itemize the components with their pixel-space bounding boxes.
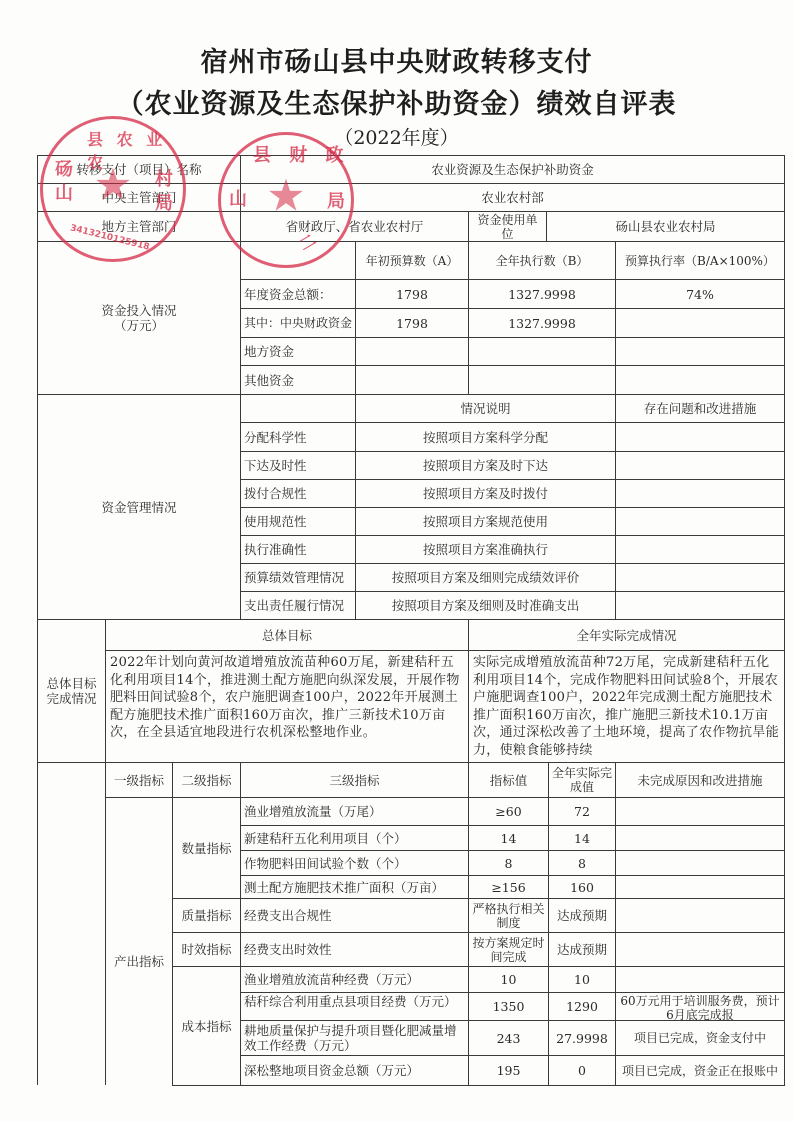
management-row-desc: 按照项目方案科学分配	[355, 422, 616, 452]
funds-row-budget: 1798	[355, 308, 469, 338]
funds-section-label: 资金投入情况 （万元）	[37, 241, 241, 395]
funds-row-rate	[615, 308, 785, 338]
indicator-row-target: 14	[468, 825, 549, 851]
indicator-row-name: 深松整地项目资金总额（万元）	[240, 1055, 469, 1086]
indicator-row-name: 作物肥料田间试验个数（个）	[240, 850, 469, 876]
management-row-desc: 按照项目方案及时下达	[355, 451, 616, 480]
funds-header-blank	[240, 241, 356, 280]
indicator-level2-timeliness: 时效指标	[172, 932, 241, 967]
indicator-row-actual: 达成预期	[548, 932, 616, 967]
goals-target-text: 2022年计划向黄河故道增殖放流苗种60万尾，新建秸秆五化利用项目14个，推进测…	[105, 650, 469, 763]
indicator-level2-cost: 成本指标	[172, 966, 241, 1086]
document-title-line1: 宿州市砀山县中央财政转移支付	[0, 40, 793, 79]
management-section-label: 资金管理情况	[37, 394, 241, 620]
funds-row-label: 其他资金	[240, 365, 356, 395]
management-row-issue	[615, 422, 785, 452]
funds-header-rate: 预算执行率（B/A×100%）	[615, 241, 785, 280]
indicator-level2-quantity: 数量指标	[172, 797, 241, 899]
indicator-row-name: 测土配方施肥技术推广面积（万亩）	[240, 875, 469, 899]
management-row-label: 拨付合规性	[240, 479, 356, 508]
project-name-label: 转移支付（项目）名称	[37, 155, 241, 184]
indicator-row-name: 渔业增殖放流苗种经费（万元）	[240, 966, 469, 993]
indicator-row-note	[615, 825, 785, 851]
indicator-row-name: 耕地质量保护与提升项目暨化肥减量增效工作经费（万元）	[240, 1020, 469, 1056]
management-row-label: 下达及时性	[240, 451, 356, 480]
indicator-row-name: 经费支出时效性	[240, 932, 469, 967]
funds-row-rate: 74%	[615, 279, 785, 309]
indicator-row-note	[615, 898, 785, 933]
funds-row-label: 其中：中央财政资金	[240, 308, 356, 338]
funds-row-budget	[355, 337, 469, 366]
indicator-row-target: 1350	[468, 992, 549, 1021]
funds-header-budget: 年初预算数（A）	[355, 241, 469, 280]
indicator-row-actual: 8	[548, 850, 616, 876]
indicator-row-name: 秸秆综合利用重点县项目经费（万元）	[240, 992, 469, 1021]
indicator-row-actual: 27.9998	[548, 1020, 616, 1056]
indicator-row-note	[615, 850, 785, 876]
management-row-issue	[615, 591, 785, 620]
indicator-row-note	[615, 875, 785, 899]
management-row-desc: 按照项目方案及细则完成绩效评价	[355, 563, 616, 592]
indicator-row-actual: 10	[548, 966, 616, 993]
management-header-blank	[240, 394, 356, 423]
goals-actual-header: 全年实际完成情况	[468, 619, 785, 651]
local-dept-label: 地方主管部门	[37, 211, 241, 242]
funds-row-executed: 1327.9998	[468, 279, 616, 309]
indicator-row-target: ≥60	[468, 797, 549, 826]
funds-row-budget	[355, 365, 469, 395]
indicator-row-target: 10	[468, 966, 549, 993]
indicator-row-name: 经费支出合规性	[240, 898, 469, 933]
indicator-row-note: 60万元用于培训服务费，预计6月底完成报	[615, 992, 785, 1021]
indicator-row-target: 195	[468, 1055, 549, 1086]
management-row-desc: 按照项目方案及时拨付	[355, 479, 616, 508]
funds-row-executed	[468, 365, 616, 395]
goals-target-header: 总体目标	[105, 619, 469, 651]
indicator-header-level2: 二级指标	[172, 762, 241, 798]
management-row-label: 执行准确性	[240, 535, 356, 564]
goals-actual-text: 实际完成增殖放流苗种72万尾，完成新建秸秆五化利用项目14个，完成作物肥料田间试…	[468, 650, 785, 763]
local-dept-value: 省财政厅、省农业农村厅	[240, 211, 469, 242]
management-row-label: 分配科学性	[240, 422, 356, 452]
indicator-row-actual: 160	[548, 875, 616, 899]
document-title-line2: （农业资源及生态保护补助资金）绩效自评表	[0, 82, 793, 121]
indicator-row-note: 项目已完成，资金正在报账中	[615, 1055, 785, 1086]
indicator-row-actual: 1290	[548, 992, 616, 1021]
management-row-issue	[615, 535, 785, 564]
management-header-issue: 存在问题和改进措施	[615, 394, 785, 423]
indicator-row-actual: 72	[548, 797, 616, 826]
funds-row-budget: 1798	[355, 279, 469, 309]
indicator-header-target: 指标值	[468, 762, 549, 798]
fund-user-label: 资金使用单位	[468, 211, 547, 242]
management-row-issue	[615, 479, 785, 508]
indicator-row-target: 243	[468, 1020, 549, 1056]
indicator-header-level1: 一级指标	[105, 762, 173, 798]
funds-row-rate	[615, 365, 785, 395]
funds-row-label: 年度资金总额：	[240, 279, 356, 309]
indicator-row-actual: 达成预期	[548, 898, 616, 933]
funds-header-executed: 全年执行数（B）	[468, 241, 616, 280]
funds-row-executed: 1327.9998	[468, 308, 616, 338]
indicator-header-level3: 三级指标	[240, 762, 469, 798]
indicator-level1-output: 产出指标	[105, 797, 173, 1085]
document-year: （2022年度）	[0, 123, 793, 150]
management-row-desc: 按照项目方案规范使用	[355, 507, 616, 536]
indicator-row-name: 渔业增殖放流量（万尾）	[240, 797, 469, 826]
management-row-label: 预算绩效管理情况	[240, 563, 356, 592]
funds-row-executed	[468, 337, 616, 366]
funds-row-label: 地方资金	[240, 337, 356, 366]
indicator-row-name: 新建秸秆五化利用项目（个）	[240, 825, 469, 851]
fund-user-value: 砀山县农业农村局	[546, 211, 785, 242]
indicator-row-target: 按方案规定时间完成	[468, 932, 549, 967]
indicator-row-target: 严格执行相关制度	[468, 898, 549, 933]
indicator-row-actual: 14	[548, 825, 616, 851]
management-row-issue	[615, 451, 785, 480]
goals-section-label: 总体目标完成情况	[37, 619, 106, 763]
indicator-row-target: 8	[468, 850, 549, 876]
indicator-level2-quality: 质量指标	[172, 898, 241, 933]
project-name-value: 农业资源及生态保护补助资金	[240, 155, 785, 184]
indicator-row-actual: 0	[548, 1055, 616, 1086]
indicator-header-actual: 全年实际完成值	[548, 762, 616, 798]
management-row-issue	[615, 507, 785, 536]
indicator-row-target: ≥156	[468, 875, 549, 899]
indicator-row-note: 项目已完成，资金支付中	[615, 1020, 785, 1056]
central-dept-label: 中央主管部门	[37, 183, 241, 212]
indicator-row-note	[615, 797, 785, 826]
indicators-left-blank	[37, 762, 106, 1085]
management-row-desc: 按照项目方案及细则及时准确支出	[355, 591, 616, 620]
central-dept-value: 农业农村部	[240, 183, 785, 212]
management-header-desc: 情况说明	[355, 394, 616, 423]
management-row-label: 支出责任履行情况	[240, 591, 356, 620]
indicator-header-note: 未完成原因和改进措施	[615, 762, 785, 798]
management-row-desc: 按照项目方案准确执行	[355, 535, 616, 564]
indicator-row-note	[615, 932, 785, 967]
management-row-issue	[615, 563, 785, 592]
funds-row-rate	[615, 337, 785, 366]
management-row-label: 使用规范性	[240, 507, 356, 536]
indicator-row-note	[615, 966, 785, 993]
